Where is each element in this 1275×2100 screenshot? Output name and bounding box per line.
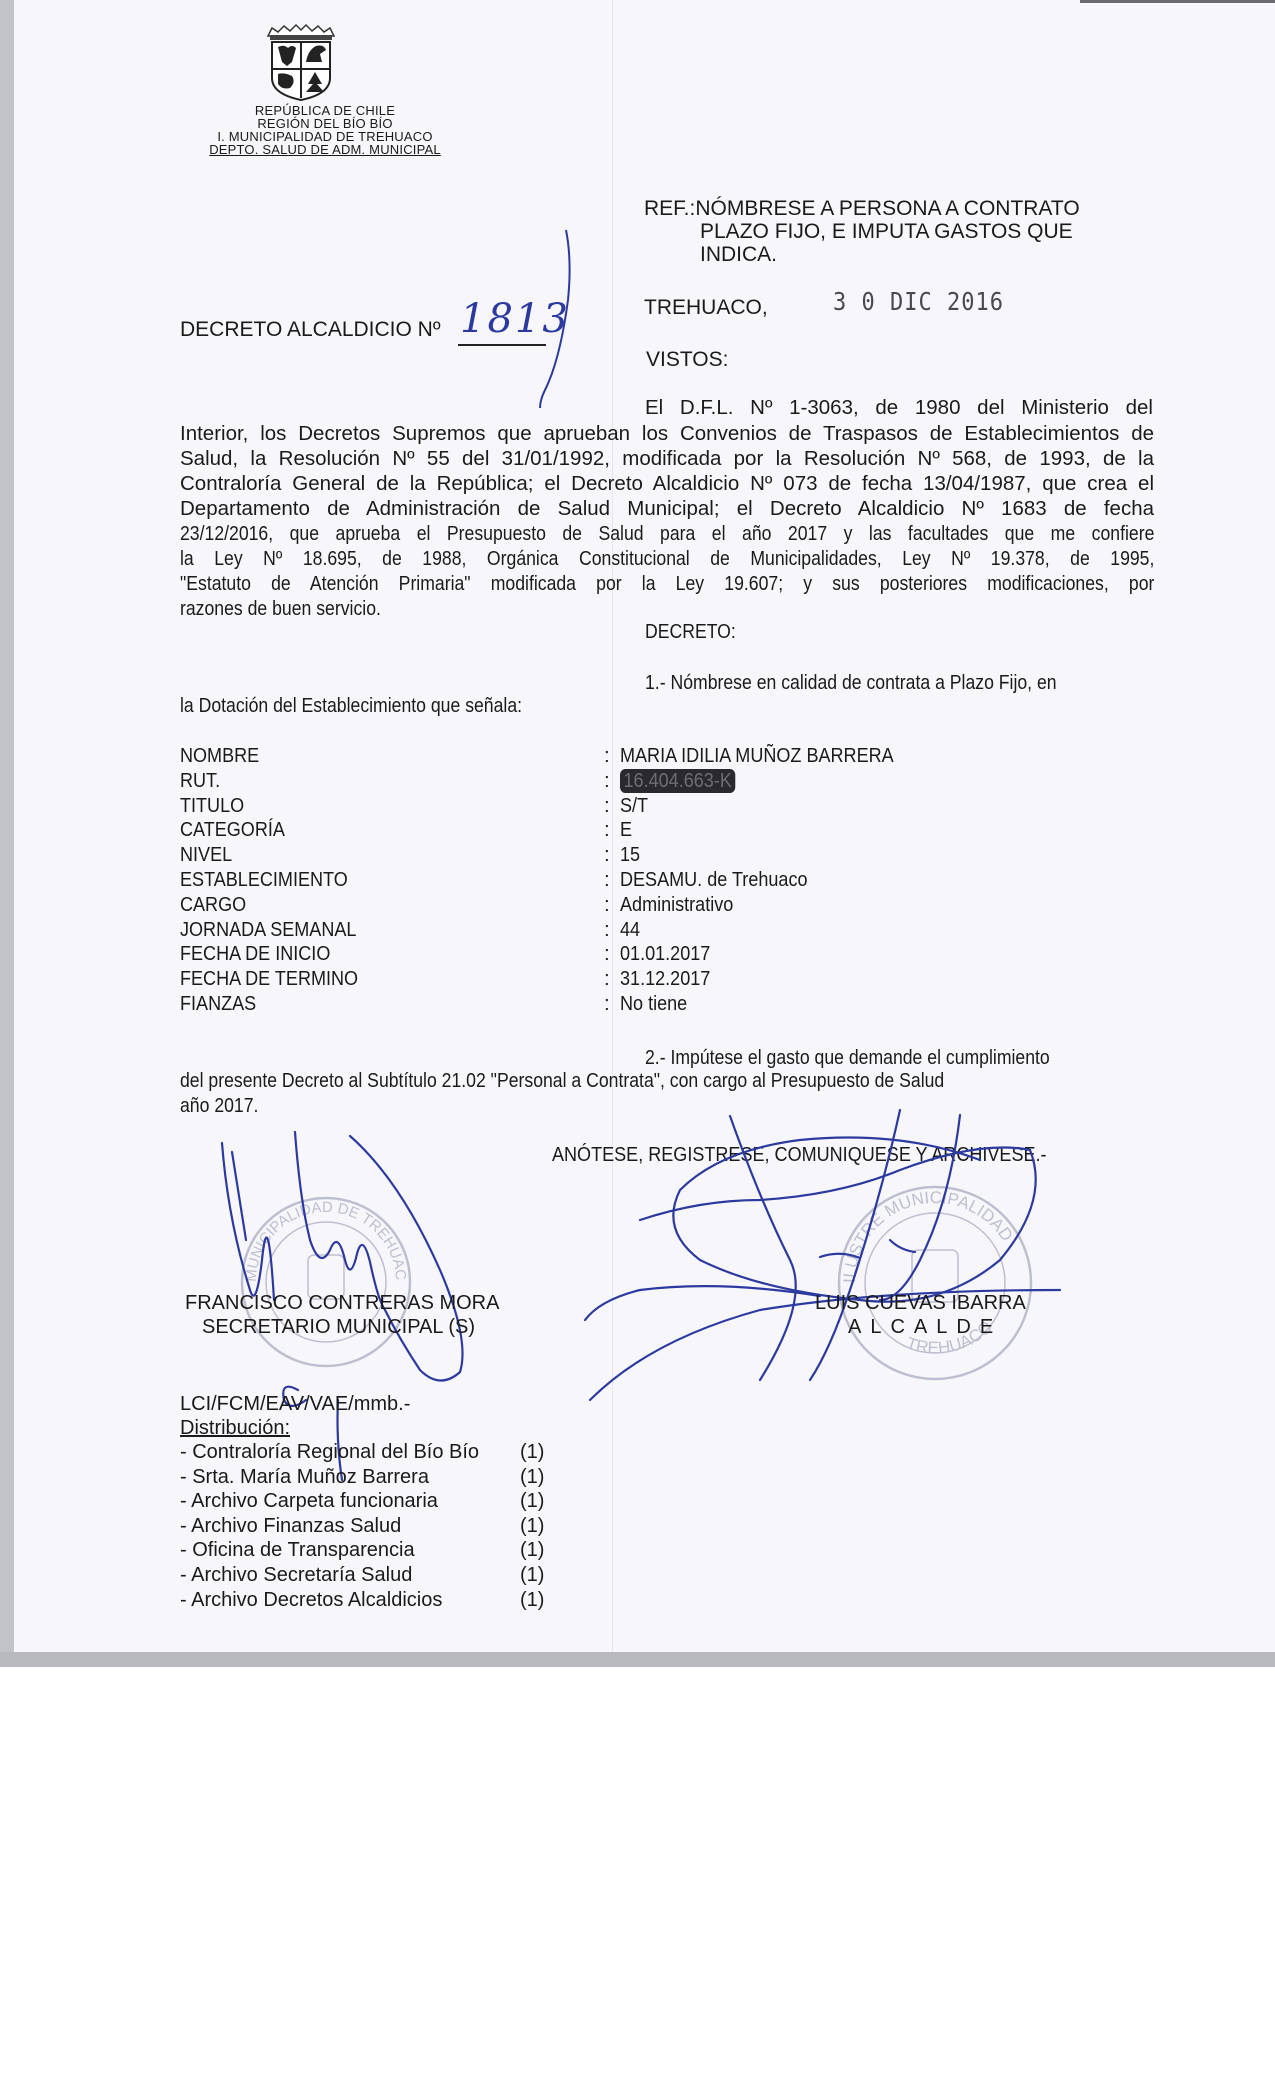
distribution-recipient: - Archivo Finanzas Salud <box>180 1515 401 1537</box>
letterhead-department: DEPTO. SALUD DE ADM. MUNICIPAL <box>160 143 490 156</box>
distribution-item: - Archivo Carpeta funcionaria(1) <box>180 1490 479 1515</box>
field-value: S/T <box>620 794 648 818</box>
distribution-recipient: - Contraloría Regional del Bío Bío <box>180 1441 479 1463</box>
field-value: DESAMU. de Trehuaco <box>620 868 808 892</box>
item1-line2: la Dotación del Establecimiento que seña… <box>180 694 522 718</box>
decree-number-underline <box>458 344 546 346</box>
decree-number-label: DECRETO ALCALDICIO Nº <box>180 318 441 342</box>
field-value: Administrativo <box>620 893 733 917</box>
distribution-item: - Archivo Secretaría Salud(1) <box>180 1564 479 1589</box>
item2-line2: del presente Decreto al Subtítulo 21.02 … <box>180 1069 944 1093</box>
field-colon: : <box>604 893 610 917</box>
field-colon: : <box>604 769 610 793</box>
field-colon: : <box>604 843 610 867</box>
vistos-paragraph-cont: 23/12/2016, que aprueba el Presupuesto d… <box>180 521 1154 621</box>
reference-line-3: INDICA. <box>700 243 777 266</box>
vistos-line-5: 23/12/2016, que aprueba el Presupuesto d… <box>180 521 1154 546</box>
vistos-line-2: Salud, la Resolución Nº 55 del 31/01/199… <box>180 446 1154 471</box>
distribution-count: (1) <box>520 1490 544 1513</box>
distribution-recipient: - Srta. María Muñoz Barrera <box>180 1466 429 1488</box>
field-label: NOMBRE <box>180 744 259 768</box>
letterhead: REPÚBLICA DE CHILE REGIÓN DEL BÍO BÍO I.… <box>160 104 490 156</box>
field-label: NIVEL <box>180 843 232 867</box>
vistos-line-7: "Estatuto de Atención Primaria" modifica… <box>180 571 1154 596</box>
field-label: RUT. <box>180 769 220 793</box>
field-colon: : <box>604 918 610 942</box>
field-value: 15 <box>620 843 640 867</box>
scan-edge-left <box>0 0 14 1652</box>
vistos-line-4: Departamento de Administración de Salud … <box>180 496 1154 521</box>
decree-number-handwritten: 1813 <box>460 296 570 342</box>
vistos-heading: VISTOS: <box>646 348 728 372</box>
left-signatory-title: SECRETARIO MUNICIPAL (S) <box>202 1316 475 1339</box>
field-value: 31.12.2017 <box>620 967 710 991</box>
distribution-item: - Oficina de Transparencia(1) <box>180 1539 479 1564</box>
distribution-count: (1) <box>520 1539 544 1562</box>
vistos-line-0: El D.F.L. Nº 1-3063, de 1980 del Ministe… <box>645 396 1153 420</box>
field-label: FECHA DE TERMINO <box>180 967 358 991</box>
item2-line3: año 2017. <box>180 1094 258 1118</box>
vistos-paragraph: Interior, los Decretos Supremos que apru… <box>180 421 1154 521</box>
field-colon: : <box>604 967 610 991</box>
field-colon: : <box>604 868 610 892</box>
distribution-recipient: - Oficina de Transparencia <box>180 1539 415 1561</box>
field-colon: : <box>604 992 610 1016</box>
distribution-list: - Contraloría Regional del Bío Bío(1)- S… <box>180 1441 479 1613</box>
fold-line <box>612 0 613 1652</box>
item2-line1: 2.- Impútese el gasto que demande el cum… <box>645 1046 1275 1070</box>
distribution-count: (1) <box>520 1564 544 1587</box>
vistos-line-3: Contraloría General de la República; el … <box>180 471 1154 496</box>
distribution-count: (1) <box>520 1515 544 1538</box>
distribution-recipient: - Archivo Decretos Alcaldicios <box>180 1589 442 1611</box>
field-value: E <box>620 818 632 842</box>
field-label: TITULO <box>180 794 244 818</box>
field-colon: : <box>604 818 610 842</box>
distribution-item: - Archivo Finanzas Salud(1) <box>180 1515 479 1540</box>
closing-formula: ANÓTESE, REGISTRESE, COMUNIQUESE Y ARCHI… <box>552 1143 1047 1167</box>
scan-edge-top <box>1080 0 1275 3</box>
distribution-recipient: - Archivo Secretaría Salud <box>180 1564 412 1586</box>
decreto-heading: DECRETO: <box>645 620 736 644</box>
initials: LCI/FCM/EAV/VAE/mmb.- <box>180 1393 410 1416</box>
item1-line1: 1.- Nómbrese en calidad de contrata a Pl… <box>645 671 1057 695</box>
distribution-count: (1) <box>520 1441 544 1464</box>
right-signatory-name: LUIS CUEVAS IBARRA <box>815 1292 1026 1315</box>
municipal-crest-icon <box>262 22 340 102</box>
distribution-count: (1) <box>520 1589 544 1612</box>
field-label: FIANZAS <box>180 992 256 1016</box>
field-value: 44 <box>620 918 640 942</box>
field-label: CATEGORÍA <box>180 818 285 842</box>
vistos-line-8: razones de buen servicio. <box>180 596 1154 621</box>
field-colon: : <box>604 794 610 818</box>
field-label: ESTABLECIMIENTO <box>180 868 348 892</box>
field-label: JORNADA SEMANAL <box>180 918 356 942</box>
scan-edge-bottom <box>0 1652 1275 1667</box>
vistos-line-6: la Ley Nº 18.695, de 1988, Orgánica Cons… <box>180 546 1154 571</box>
reference-line-1: REF.:NÓMBRESE A PERSONA A CONTRATO <box>644 197 1080 220</box>
date-stamp: 3 0 DIC 2016 <box>833 288 1004 317</box>
field-value: No tiene <box>620 992 687 1016</box>
place: TREHUACO, <box>644 296 768 320</box>
distribution-count: (1) <box>520 1466 544 1489</box>
left-signatory-name: FRANCISCO CONTRERAS MORA <box>185 1292 499 1315</box>
field-colon: : <box>604 942 610 966</box>
distribution-heading: Distribución: <box>180 1417 290 1440</box>
vistos-line-1: Interior, los Decretos Supremos que apru… <box>180 421 1154 446</box>
distribution-item: - Srta. María Muñoz Barrera(1) <box>180 1466 479 1491</box>
field-colon: : <box>604 744 610 768</box>
field-value: MARIA IDILIA MUÑOZ BARRERA <box>620 744 894 768</box>
field-value: 01.01.2017 <box>620 942 710 966</box>
distribution-item: - Archivo Decretos Alcaldicios(1) <box>180 1589 479 1614</box>
field-label: FECHA DE INICIO <box>180 942 330 966</box>
field-label: CARGO <box>180 893 246 917</box>
distribution-item: - Contraloría Regional del Bío Bío(1) <box>180 1441 479 1466</box>
distribution-recipient: - Archivo Carpeta funcionaria <box>180 1490 438 1512</box>
field-value-redacted: 16.404.663-K <box>620 769 735 793</box>
reference-line-2: PLAZO FIJO, E IMPUTA GASTOS QUE <box>700 220 1073 243</box>
right-signatory-title: ALCALDE <box>848 1316 1002 1339</box>
